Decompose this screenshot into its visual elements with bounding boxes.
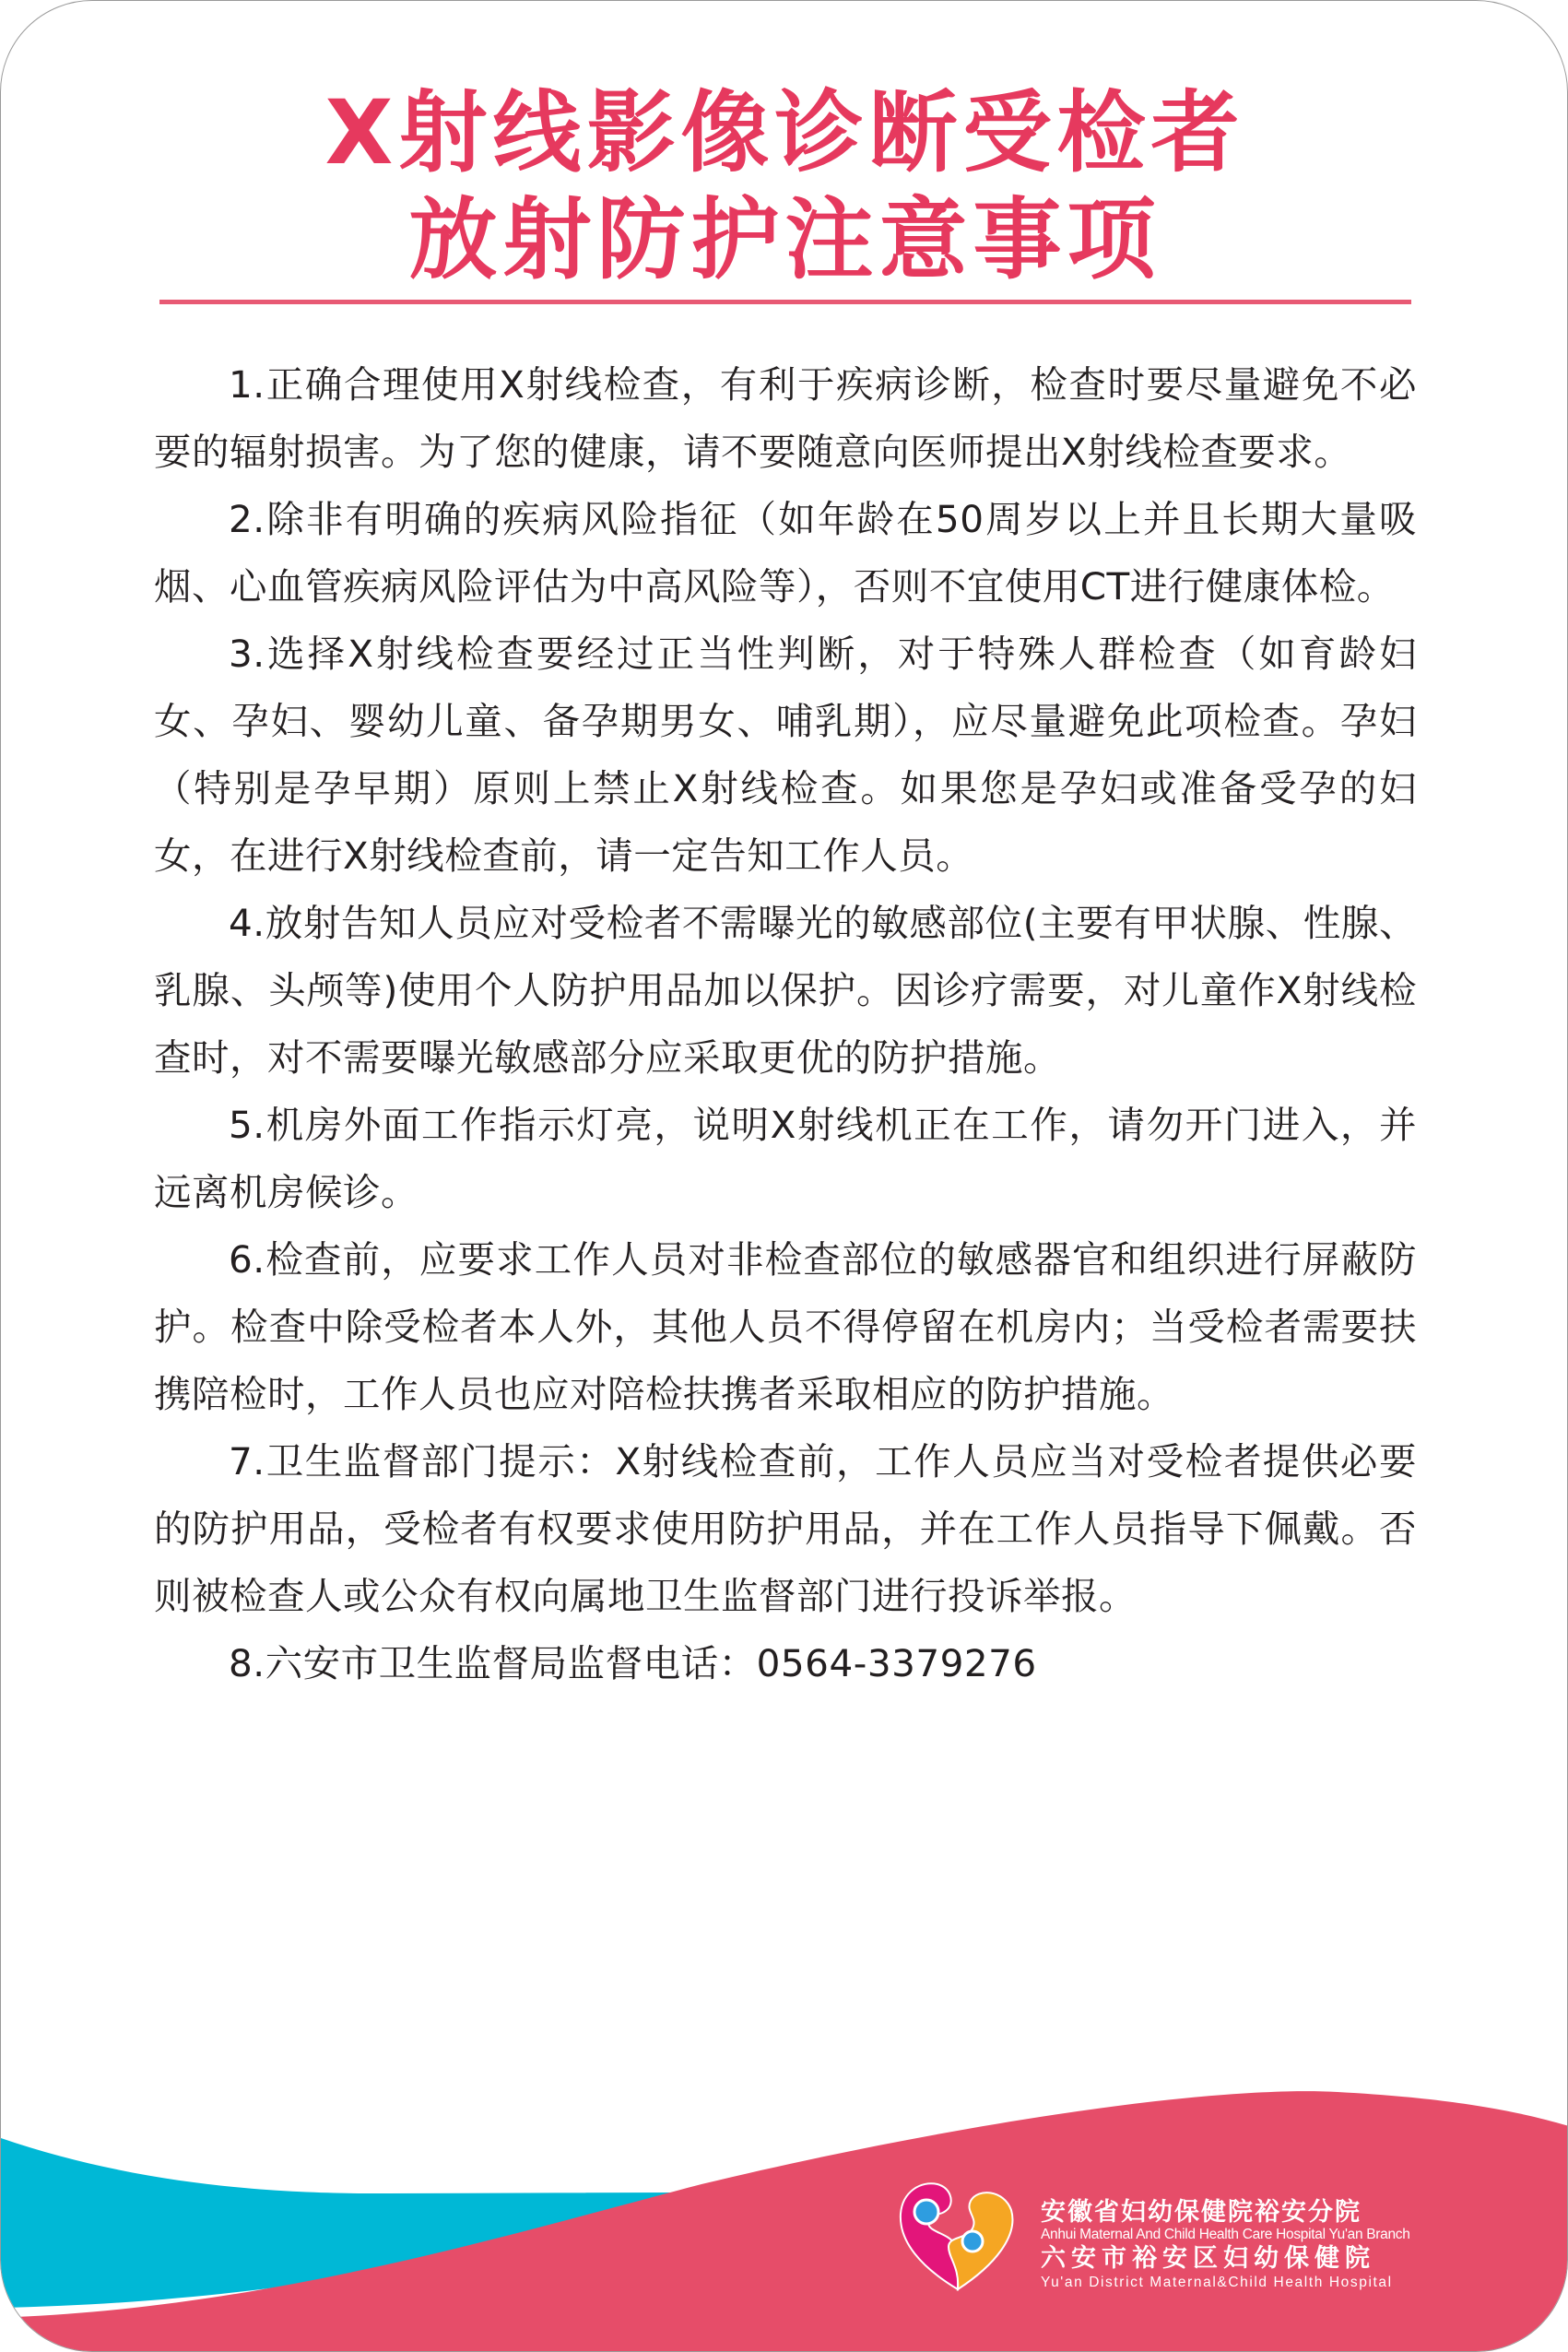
heart-family-logo-icon — [893, 2175, 1022, 2295]
title-line-2: 放射防护注意事项 — [1, 189, 1568, 290]
notice-items: 1.正确合理使用X射线检查，有利于疾病诊断，检查时要尽量避免不必要的辐射损害。为… — [154, 351, 1417, 1697]
org-name-cn-2: 六安市裕安区妇幼保健院 — [1041, 2245, 1375, 2273]
notice-board: X射线影像诊断受检者 放射防护注意事项 1.正确合理使用X射线检查，有利于疾病诊… — [0, 0, 1568, 2352]
org-name-en-1: Anhui Maternal And Child Health Care Hos… — [1041, 2227, 1410, 2243]
notice-item-5: 5.机房外面工作指示灯亮，说明X射线机正在工作，请勿开门进入，并远离机房候诊。 — [154, 1092, 1417, 1226]
notice-item-3: 3.选择X射线检查要经过正当性判断，对于特殊人群检查（如育龄妇女、孕妇、婴幼儿童… — [154, 621, 1417, 890]
notice-item-1: 1.正确合理使用X射线检查，有利于疾病诊断，检查时要尽量避免不必要的辐射损害。为… — [154, 351, 1417, 486]
title-line-1: X射线影像诊断受检者 — [1, 82, 1568, 183]
notice-item-2: 2.除非有明确的疾病风险指征（如年龄在50周岁以上并且长期大量吸烟、心血管疾病风… — [154, 486, 1417, 621]
org-name-en-2: Yu'an District Maternal&Child Health Hos… — [1041, 2275, 1393, 2291]
notice-item-8: 8.六安市卫生监督局监督电话：0564-3379276 — [154, 1630, 1417, 1697]
title-divider — [159, 300, 1411, 304]
notice-item-4: 4.放射告知人员应对受检者不需曝光的敏感部位(主要有甲状腺、性腺、乳腺、头颅等)… — [154, 890, 1417, 1092]
org-name-cn-1: 安徽省妇幼保健院裕安分院 — [1041, 2199, 1362, 2227]
notice-item-6: 6.检查前，应要求工作人员对非检查部位的敏感器官和组织进行屏蔽防护。检查中除受检… — [154, 1226, 1417, 1428]
notice-item-7: 7.卫生监督部门提示：X射线检查前，工作人员应当对受检者提供必要的防护用品，受检… — [154, 1428, 1417, 1630]
